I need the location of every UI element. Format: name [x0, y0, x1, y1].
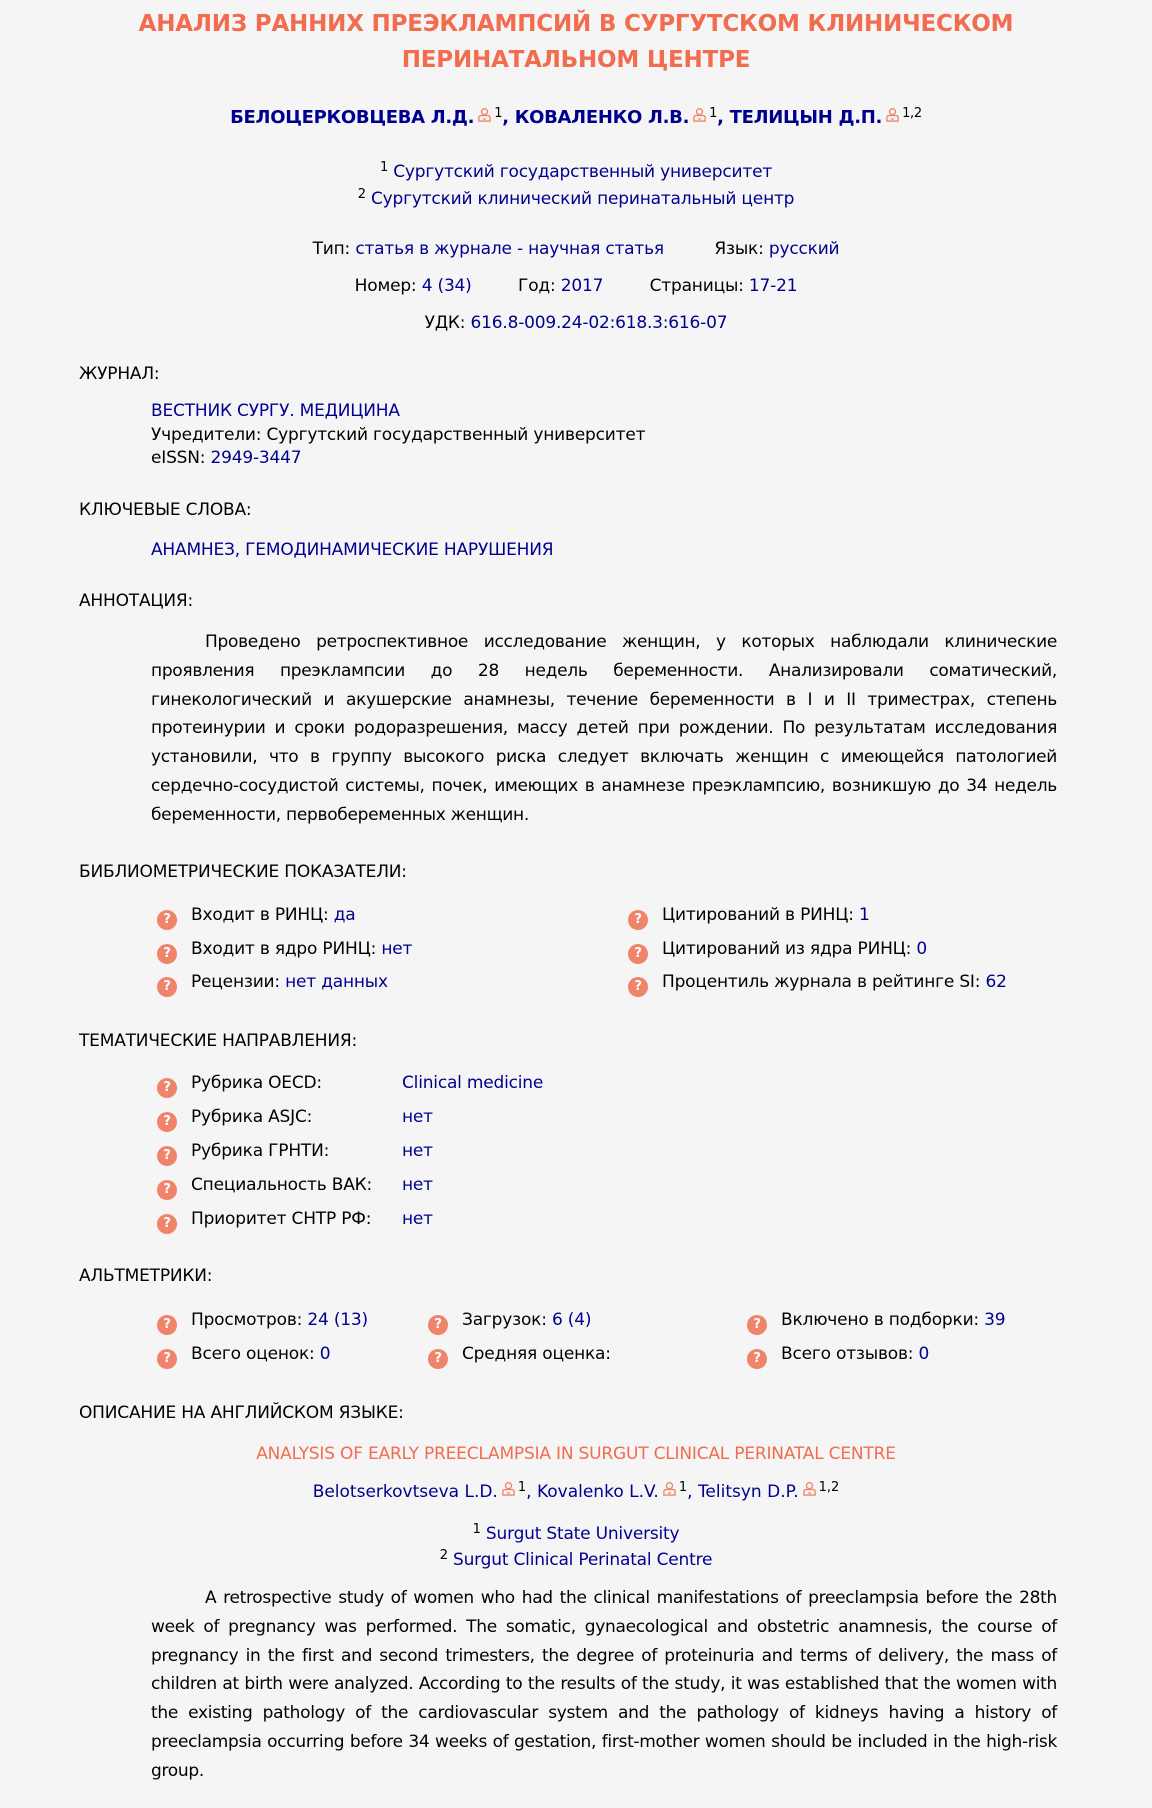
metric-row: ?Входит в ядро РИНЦ: нет	[157, 939, 412, 964]
metric-value[interactable]: нет данных	[280, 972, 388, 992]
metric-label: Специальность ВАК:	[191, 1175, 402, 1195]
affiliation-2: 2 Сургутский клинический перинатальный ц…	[0, 181, 1152, 213]
affiliation-number: 1	[380, 160, 388, 175]
author-list: БЕЛОЦЕРКОВЦЕВА Л.Д.1, КОВАЛЕНКО Л.В.1, Т…	[0, 106, 1152, 128]
english-heading: ОПИСАНИЕ НА АНГЛИЙСКОМ ЯЗЫКЕ:	[79, 1400, 404, 1427]
english-affiliation-2: 2 Surgut Clinical Perinatal Centre	[0, 1542, 1152, 1574]
metric-label: Рубрика ASJC:	[191, 1107, 402, 1127]
question-circle-icon[interactable]: ?	[747, 1349, 767, 1369]
question-circle-icon[interactable]: ?	[628, 977, 648, 997]
metric-label: Средняя оценка:	[462, 1344, 611, 1364]
annotation-heading: АННОТАЦИЯ:	[79, 588, 193, 615]
question-circle-icon[interactable]: ?	[157, 944, 177, 964]
person-icon[interactable]	[662, 1481, 677, 1496]
metric-label: Включено в подборки:	[781, 1310, 979, 1330]
author-affiliation-number: 1	[518, 1480, 526, 1495]
metric-value[interactable]: нет	[402, 1107, 433, 1127]
metric-value[interactable]: Clinical medicine	[402, 1073, 543, 1093]
affiliation-link[interactable]: Сургутский клинический перинатальный цен…	[371, 189, 794, 209]
affiliation-link[interactable]: Surgut Clinical Perinatal Centre	[453, 1550, 712, 1570]
metric-row: ?Средняя оценка:	[428, 1344, 611, 1369]
question-circle-icon[interactable]: ?	[157, 977, 177, 997]
article-title-line-2: ПЕРИНАТАЛЬНОМ ЦЕНТРЕ	[0, 42, 1152, 78]
author-name-link[interactable]: Telitsyn D.P.	[698, 1482, 799, 1502]
pages-value: 17-21	[749, 276, 797, 296]
author-affiliation-number: 1	[679, 1480, 687, 1495]
metric-label: Цитирований в РИНЦ:	[662, 905, 854, 925]
annotation-text: Проведено ретроспективное исследование ж…	[151, 628, 1057, 830]
author-name-link[interactable]: ТЕЛИЦЫН Д.П.	[730, 107, 882, 128]
metric-value[interactable]: 62	[980, 972, 1006, 992]
article-title: АНАЛИЗ РАННИХ ПРЕЭКЛАМПСИЙ В СУРГУТСКОМ …	[0, 6, 1152, 78]
metric-label: Всего оценок:	[191, 1344, 315, 1364]
metric-row: ?Специальность ВАК:нет	[157, 1175, 433, 1200]
metric-row: ?Всего оценок: 0	[157, 1344, 330, 1369]
metric-label: Цитирований из ядра РИНЦ:	[662, 939, 911, 959]
language-label: Язык:	[714, 239, 763, 259]
year-value: 2017	[561, 276, 603, 296]
person-icon[interactable]	[692, 106, 707, 121]
author-name-link[interactable]: Belotserkovtseva L.D.	[313, 1482, 498, 1502]
affiliation-number: 2	[358, 187, 366, 202]
metric-value[interactable]: 0	[315, 1344, 331, 1364]
eissn-value: 2949-3447	[211, 448, 302, 468]
author-affiliation-number: 1,2	[902, 106, 922, 121]
journal-heading: ЖУРНАЛ:	[79, 361, 159, 388]
issue-value[interactable]: 4 (34)	[422, 276, 472, 296]
english-abstract: A retrospective study of women who had t…	[151, 1584, 1057, 1786]
metric-row: ?Цитирований в РИНЦ: 1	[628, 905, 870, 930]
question-circle-icon[interactable]: ?	[747, 1315, 767, 1335]
affiliation-number: 1	[473, 1522, 481, 1537]
author-separator: ,	[687, 1482, 698, 1502]
metric-label: Рубрика OECD:	[191, 1073, 402, 1093]
metric-value[interactable]: 6 (4)	[547, 1310, 592, 1330]
question-circle-icon[interactable]: ?	[157, 1146, 177, 1166]
metric-row: ?Включено в подборки: 39	[747, 1310, 1005, 1335]
metric-row: ?Процентиль журнала в рейтинге SI: 62	[628, 972, 1007, 997]
question-circle-icon[interactable]: ?	[157, 910, 177, 930]
type-label: Тип:	[313, 239, 350, 259]
metric-value[interactable]: 1	[854, 905, 870, 925]
metric-label: Процентиль журнала в рейтинге SI:	[662, 972, 980, 992]
metric-label: Загрузок:	[462, 1310, 547, 1330]
founders-label: Учредители:	[151, 425, 261, 445]
question-circle-icon[interactable]: ?	[428, 1315, 448, 1335]
question-circle-icon[interactable]: ?	[157, 1180, 177, 1200]
metric-value[interactable]: 0	[913, 1344, 929, 1364]
metric-label: Приоритет СНТР РФ:	[191, 1209, 402, 1229]
question-circle-icon[interactable]: ?	[157, 1078, 177, 1098]
journal-block: ВЕСТНИК СУРГУ. МЕДИЦИНА Учредители: Сург…	[151, 400, 645, 471]
thematic-heading: ТЕМАТИЧЕСКИЕ НАПРАВЛЕНИЯ:	[79, 1028, 357, 1055]
founders-value: Сургутский государственный университет	[266, 425, 645, 445]
journal-name-link[interactable]: ВЕСТНИК СУРГУ. МЕДИЦИНА	[151, 400, 645, 424]
meta-issue-year-pages: Номер: 4 (34) Год: 2017 Страницы: 17-21	[0, 273, 1152, 300]
question-circle-icon[interactable]: ?	[628, 910, 648, 930]
type-value: статья в журнале - научная статья	[355, 239, 664, 259]
affiliation-number: 2	[440, 1548, 448, 1563]
question-circle-icon[interactable]: ?	[157, 1349, 177, 1369]
metric-value[interactable]: 24 (13)	[302, 1310, 368, 1330]
metric-label: Входит в РИНЦ:	[191, 905, 329, 925]
author-affiliation-number: 1,2	[819, 1480, 840, 1495]
metric-value[interactable]: нет	[402, 1141, 433, 1161]
metric-row: ?Цитирований из ядра РИНЦ: 0	[628, 939, 927, 964]
metric-value[interactable]: нет	[402, 1209, 433, 1229]
metric-value[interactable]: 0	[911, 939, 927, 959]
person-icon[interactable]	[802, 1481, 817, 1496]
question-circle-icon[interactable]: ?	[157, 1315, 177, 1335]
question-circle-icon[interactable]: ?	[157, 1112, 177, 1132]
metric-row: ?Рубрика ASJC:нет	[157, 1107, 433, 1132]
article-title-line-1: АНАЛИЗ РАННИХ ПРЕЭКЛАМПСИЙ В СУРГУТСКОМ …	[0, 6, 1152, 42]
metric-value[interactable]: 39	[979, 1310, 1005, 1330]
affiliation-link[interactable]: Surgut State University	[486, 1524, 679, 1544]
author-affiliation-number: 1	[709, 106, 717, 121]
year-label: Год:	[518, 276, 555, 296]
affiliation-link[interactable]: Сургутский государственный университет	[393, 162, 772, 182]
metric-label: Рубрика ГРНТИ:	[191, 1141, 402, 1161]
metric-value[interactable]: нет	[376, 939, 412, 959]
keywords-link[interactable]: АНАМНЕЗ, ГЕМОДИНАМИЧЕСКИЕ НАРУШЕНИЯ	[151, 537, 553, 564]
person-icon[interactable]	[477, 106, 492, 121]
author-separator: ,	[502, 107, 515, 128]
metric-label: Входит в ядро РИНЦ:	[191, 939, 376, 959]
metric-row: ?Рубрика OECD:Clinical medicine	[157, 1073, 543, 1098]
metric-row: ?Просмотров: 24 (13)	[157, 1310, 368, 1335]
metric-label: Всего отзывов:	[781, 1344, 913, 1364]
author-name-link[interactable]: КОВАЛЕНКО Л.В.	[515, 107, 689, 128]
question-circle-icon[interactable]: ?	[628, 944, 648, 964]
language-value: русский	[769, 239, 840, 259]
person-icon[interactable]	[885, 106, 900, 121]
question-circle-icon[interactable]: ?	[428, 1349, 448, 1369]
metric-row: ?Входит в РИНЦ: да	[157, 905, 356, 930]
author-name-link[interactable]: Kovalenko L.V.	[537, 1482, 659, 1502]
english-title: ANALYSIS OF EARLY PREECLAMPSIA IN SURGUT…	[0, 1444, 1152, 1464]
author-separator: ,	[717, 107, 730, 128]
meta-udk: УДК: 616.8-009.24-02:618.3:616-07	[0, 310, 1152, 337]
eissn-label: eISSN:	[151, 448, 205, 468]
author-name-link[interactable]: БЕЛОЦЕРКОВЦЕВА Л.Д.	[230, 107, 474, 128]
metric-value[interactable]: да	[329, 905, 356, 925]
pages-label: Страницы:	[650, 276, 744, 296]
metric-label: Рецензии:	[191, 972, 280, 992]
journal-founders: Учредители: Сургутский государственный у…	[151, 424, 645, 448]
metric-row: ?Всего отзывов: 0	[747, 1344, 929, 1369]
person-icon[interactable]	[501, 1481, 516, 1496]
altmetrics-heading: АЛЬТМЕТРИКИ:	[79, 1263, 212, 1290]
metric-value[interactable]: нет	[402, 1175, 433, 1195]
meta-type-language: Тип: статья в журнале - научная статья Я…	[0, 236, 1152, 263]
udk-value: 616.8-009.24-02:618.3:616-07	[471, 313, 728, 333]
english-author-list: Belotserkovtseva L.D.1, Kovalenko L.V.1,…	[0, 1480, 1152, 1502]
question-circle-icon[interactable]: ?	[157, 1214, 177, 1234]
metric-row: ?Рубрика ГРНТИ:нет	[157, 1141, 433, 1166]
issue-label: Номер:	[355, 276, 417, 296]
metric-label: Просмотров:	[191, 1310, 302, 1330]
udk-label: УДК:	[425, 313, 466, 333]
journal-eissn: eISSN: 2949-3447	[151, 447, 645, 471]
metric-row: ?Приоритет СНТР РФ:нет	[157, 1209, 433, 1234]
keywords-heading: КЛЮЧЕВЫЕ СЛОВА:	[79, 497, 251, 524]
author-affiliation-number: 1	[494, 106, 502, 121]
metric-row: ?Загрузок: 6 (4)	[428, 1310, 591, 1335]
metric-row: ?Рецензии: нет данных	[157, 972, 388, 997]
bibliometrics-heading: БИБЛИОМЕТРИЧЕСКИЕ ПОКАЗАТЕЛИ:	[79, 859, 407, 886]
author-separator: ,	[526, 1482, 537, 1502]
